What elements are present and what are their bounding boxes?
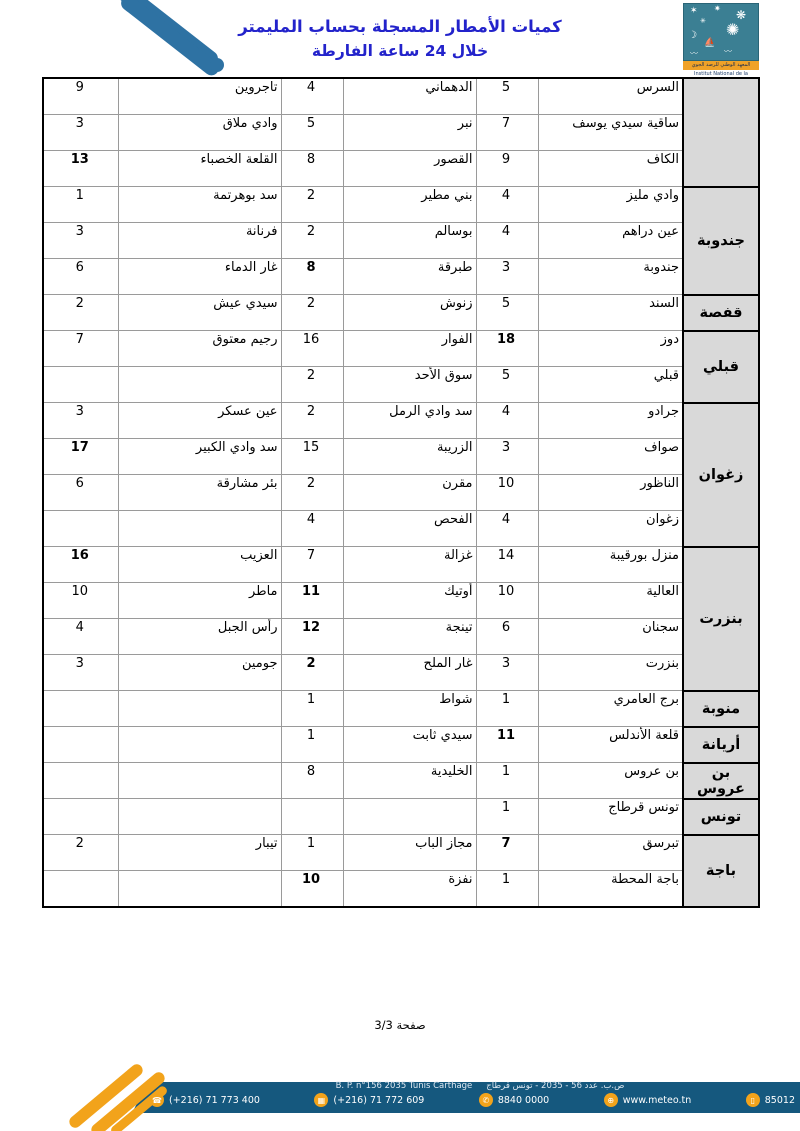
station-name-cell [118, 763, 281, 799]
contact-text: 85012 [765, 1095, 795, 1106]
rain-value-cell [43, 367, 118, 403]
table-row: أريانةقلعة الأندلس11سيدي ثابت1 [43, 727, 759, 763]
station-name-cell [118, 511, 281, 547]
table-row: الناظور10مقرن2بئر مشارقة6 [43, 475, 759, 511]
rain-value-cell: 8 [281, 763, 343, 799]
inm-logo-arabic-caption: المعهد الوطني للرصد الجوي [683, 61, 759, 70]
rain-value-cell [281, 799, 343, 835]
rain-value-cell: 2 [281, 403, 343, 439]
rain-value-cell: 6 [43, 475, 118, 511]
station-name-cell: غار الملح [343, 655, 476, 691]
rain-value-cell: 5 [476, 295, 538, 331]
rain-value-cell: 4 [476, 223, 538, 259]
station-name-cell: بنزرت [538, 655, 683, 691]
station-name-cell: غار الدماء [118, 259, 281, 295]
station-name-cell: قلعة الأندلس [538, 727, 683, 763]
station-name-cell: بني مطير [343, 187, 476, 223]
station-name-cell: تيبار [118, 835, 281, 871]
footer-address-fr: B. P. n°156 2035 Tunis Carthage [336, 1081, 473, 1092]
station-name-cell [118, 691, 281, 727]
station-name-cell: بوسالم [343, 223, 476, 259]
table-row: تونستونس قرطاج1 [43, 799, 759, 835]
rain-value-cell: 2 [281, 187, 343, 223]
station-name-cell: سيدي عيش [118, 295, 281, 331]
station-name-cell: سد وادي الكبير [118, 439, 281, 475]
station-name-cell: الكاف [538, 151, 683, 187]
station-name-cell: زنوش [343, 295, 476, 331]
table-row: العالية10أوتيك11ماطر10 [43, 583, 759, 619]
rain-value-cell: 1 [281, 835, 343, 871]
rain-value-cell [43, 871, 118, 908]
rain-value-cell: 1 [476, 871, 538, 908]
table-row: باجة المحطة1نفزة10 [43, 871, 759, 908]
table-row: بنزرت3غار الملح2جومين3 [43, 655, 759, 691]
rain-value-cell: 4 [281, 78, 343, 115]
table-row: بنزرتمنزل بورقيبة14غزالة7العزيب16 [43, 547, 759, 583]
table-row: جندوبة3طبرقة8غار الدماء6 [43, 259, 759, 295]
table-row: الكاف9القصور8القلعة الخصباء13 [43, 151, 759, 187]
station-name-cell: عين دراهم [538, 223, 683, 259]
table-row: زغوانجرادو4سد وادي الرمل2عين عسكر3 [43, 403, 759, 439]
rain-value-cell: 13 [43, 151, 118, 187]
station-name-cell: فرنانة [118, 223, 281, 259]
title-line-2: خلال 24 ساعة الفارطة [230, 40, 570, 62]
station-name-cell: مقرن [343, 475, 476, 511]
rain-value-cell: 1 [476, 691, 538, 727]
rain-value-cell: 18 [476, 331, 538, 367]
station-name-cell: مجاز الباب [343, 835, 476, 871]
rain-value-cell: 3 [476, 439, 538, 475]
rain-value-cell [43, 691, 118, 727]
station-name-cell: تونس قرطاج [538, 799, 683, 835]
station-name-cell: صواف [538, 439, 683, 475]
rain-value-cell: 3 [43, 223, 118, 259]
rain-value-cell: 2 [43, 295, 118, 331]
station-name-cell [343, 799, 476, 835]
rain-value-cell: 7 [281, 547, 343, 583]
station-name-cell: القصور [343, 151, 476, 187]
rain-value-cell: 3 [43, 115, 118, 151]
region-cell: تونس [683, 799, 759, 835]
station-name-cell: طبرقة [343, 259, 476, 295]
station-name-cell: نفزة [343, 871, 476, 908]
region-cell: قبلي [683, 331, 759, 403]
rain-value-cell: 1 [281, 691, 343, 727]
station-name-cell: برج العامري [538, 691, 683, 727]
station-name-cell: العالية [538, 583, 683, 619]
region-cell: بنزرت [683, 547, 759, 691]
station-name-cell: بن عروس [538, 763, 683, 799]
station-name-cell: سجنان [538, 619, 683, 655]
rain-value-cell: 5 [281, 115, 343, 151]
rain-value-cell: 7 [43, 331, 118, 367]
rain-value-cell: 3 [43, 403, 118, 439]
region-cell: زغوان [683, 403, 759, 547]
station-name-cell: شواط [343, 691, 476, 727]
rain-value-cell: 2 [281, 295, 343, 331]
rain-value-cell: 9 [43, 78, 118, 115]
footer-contacts: ☎(+216) 71 773 400▦(+216) 71 772 609✆884… [150, 1093, 795, 1107]
table-row: جندوبةوادي مليز4بني مطير2سد بوهرتمة1 [43, 187, 759, 223]
rain-value-cell: 3 [476, 259, 538, 295]
region-cell: بن عروس [683, 763, 759, 799]
station-name-cell: وادي مليز [538, 187, 683, 223]
station-name-cell: جرادو [538, 403, 683, 439]
station-name-cell: الفوار [343, 331, 476, 367]
station-name-cell: العزيب [118, 547, 281, 583]
rain-value-cell: 14 [476, 547, 538, 583]
table-row: باجةتبرسق7مجاز الباب1تيبار2 [43, 835, 759, 871]
rain-value-cell: 1 [281, 727, 343, 763]
rain-value-cell: 10 [476, 475, 538, 511]
station-name-cell: جومين [118, 655, 281, 691]
station-name-cell: باجة المحطة [538, 871, 683, 908]
station-name-cell: الفحص [343, 511, 476, 547]
station-name-cell: السرس [538, 78, 683, 115]
rain-value-cell: 16 [43, 547, 118, 583]
contact-text: 8840 0000 [498, 1095, 549, 1106]
table-row: السرس5الدهماني4تاجروين9 [43, 78, 759, 115]
contact-item: ▯85012 [746, 1093, 795, 1107]
table-row: قبلي5سوق الأحد2 [43, 367, 759, 403]
rain-value-cell: 8 [281, 259, 343, 295]
table-row: قفصةالسند5زنوش2سيدي عيش2 [43, 295, 759, 331]
page-title: كميات الأمطار المسجلة بحساب المليمتر خلا… [230, 14, 570, 62]
rain-value-cell: 2 [281, 223, 343, 259]
globe-icon: ⊕ [604, 1093, 618, 1107]
contact-text: (+216) 71 772 609 [333, 1095, 424, 1106]
rain-value-cell: 4 [281, 511, 343, 547]
rain-value-cell: 15 [281, 439, 343, 475]
region-cell [683, 78, 759, 187]
station-name-cell: دوز [538, 331, 683, 367]
rain-value-cell: 3 [476, 655, 538, 691]
rain-value-cell: 9 [476, 151, 538, 187]
rain-value-cell: 4 [476, 187, 538, 223]
station-name-cell [118, 727, 281, 763]
station-name-cell: سيدي ثابت [343, 727, 476, 763]
contact-text: (+216) 71 773 400 [169, 1095, 260, 1106]
rain-value-cell: 7 [476, 115, 538, 151]
station-name-cell: قبلي [538, 367, 683, 403]
rain-value-cell: 8 [281, 151, 343, 187]
station-name-cell: نبر [343, 115, 476, 151]
rain-value-cell [43, 763, 118, 799]
rain-value-cell: 17 [43, 439, 118, 475]
rain-value-cell [43, 511, 118, 547]
station-name-cell: وادي ملاق [118, 115, 281, 151]
table-row: قبليدوز18الفوار16رجيم معتوق7 [43, 331, 759, 367]
rain-value-cell: 12 [281, 619, 343, 655]
station-name-cell: الخليدية [343, 763, 476, 799]
inm-emblem-icon: ✶ ✷ ❋ ✳ ✺ ☽ ⛵ 〰 〰 [683, 3, 759, 61]
rain-value-cell: 7 [476, 835, 538, 871]
title-line-1: كميات الأمطار المسجلة بحساب المليمتر [230, 14, 570, 40]
station-name-cell: تينجة [343, 619, 476, 655]
rain-value-cell: 3 [43, 655, 118, 691]
station-name-cell: زغوان [538, 511, 683, 547]
station-name-cell: بئر مشارقة [118, 475, 281, 511]
footer-stripes-logo [58, 1052, 188, 1122]
rain-value-cell: 11 [476, 727, 538, 763]
contact-item: ⊕www.meteo.tn [604, 1093, 692, 1107]
stripe-dot [210, 58, 224, 72]
rain-value-cell: 2 [281, 655, 343, 691]
region-cell: أريانة [683, 727, 759, 763]
footer-address: B. P. n°156 2035 Tunis Carthage ص.ب. عدد… [180, 1081, 780, 1092]
rain-value-cell: 11 [281, 583, 343, 619]
page: كميات الأمطار المسجلة بحساب المليمتر خلا… [0, 0, 800, 1131]
table-row: صواف3الزريبة15سد وادي الكبير17 [43, 439, 759, 475]
table-row: ساقية سيدي يوسف7نبر5وادي ملاق3 [43, 115, 759, 151]
contact-text: www.meteo.tn [623, 1095, 692, 1106]
station-name-cell: منزل بورقيبة [538, 547, 683, 583]
station-name-cell: جندوبة [538, 259, 683, 295]
rain-value-cell: 4 [476, 403, 538, 439]
stripe-bar [118, 0, 222, 78]
station-name-cell [118, 367, 281, 403]
footer-address-ar: ص.ب. عدد 56 - 2035 - تونس قرطاج [486, 1081, 624, 1092]
station-name-cell: الناظور [538, 475, 683, 511]
handset-icon: ✆ [479, 1093, 493, 1107]
table-row: زغوان4الفحص4 [43, 511, 759, 547]
rain-value-cell [43, 727, 118, 763]
region-cell: باجة [683, 835, 759, 908]
contact-item: ▦(+216) 71 772 609 [314, 1093, 424, 1107]
station-name-cell: ساقية سيدي يوسف [538, 115, 683, 151]
rain-value-cell: 10 [476, 583, 538, 619]
contact-item: ☎(+216) 71 773 400 [150, 1093, 260, 1107]
station-name-cell: سوق الأحد [343, 367, 476, 403]
inm-logo: ✶ ✷ ❋ ✳ ✺ ☽ ⛵ 〰 〰 المعهد الوطني للرصد ال… [683, 3, 759, 79]
rain-value-cell: 1 [43, 187, 118, 223]
station-name-cell: السند [538, 295, 683, 331]
region-cell: جندوبة [683, 187, 759, 295]
rain-table: السرس5الدهماني4تاجروين9ساقية سيدي يوسف7ن… [42, 77, 760, 908]
station-name-cell: رأس الجبل [118, 619, 281, 655]
station-name-cell: سد وادي الرمل [343, 403, 476, 439]
table-row: منوبةبرج العامري1شواط1 [43, 691, 759, 727]
rain-value-cell: 6 [43, 259, 118, 295]
rain-value-cell: 10 [281, 871, 343, 908]
station-name-cell: عين عسكر [118, 403, 281, 439]
mobile-sms-icon: ▯ [746, 1093, 760, 1107]
page-number: صفحة 3/3 [0, 1018, 800, 1032]
rain-value-cell: 1 [476, 799, 538, 835]
rain-value-cell: 5 [476, 367, 538, 403]
region-cell: منوبة [683, 691, 759, 727]
rain-value-cell: 4 [476, 511, 538, 547]
station-name-cell: القلعة الخصباء [118, 151, 281, 187]
phone-icon: ☎ [150, 1093, 164, 1107]
station-name-cell: تاجروين [118, 78, 281, 115]
station-name-cell: رجيم معتوق [118, 331, 281, 367]
rain-value-cell: 2 [281, 367, 343, 403]
station-name-cell: أوتيك [343, 583, 476, 619]
rain-table-wrapper: السرس5الدهماني4تاجروين9ساقية سيدي يوسف7ن… [42, 77, 760, 908]
station-name-cell: ماطر [118, 583, 281, 619]
rain-value-cell: 1 [476, 763, 538, 799]
fax-icon: ▦ [314, 1093, 328, 1107]
rain-value-cell: 2 [281, 475, 343, 511]
table-row: سجنان6تينجة12رأس الجبل4 [43, 619, 759, 655]
station-name-cell [118, 799, 281, 835]
station-name-cell: الدهماني [343, 78, 476, 115]
contact-item: ✆8840 0000 [479, 1093, 549, 1107]
rain-value-cell: 4 [43, 619, 118, 655]
station-name-cell: الزريبة [343, 439, 476, 475]
station-name-cell: تبرسق [538, 835, 683, 871]
table-row: بن عروسبن عروس1الخليدية8 [43, 763, 759, 799]
table-row: عين دراهم4بوسالم2فرنانة3 [43, 223, 759, 259]
region-cell: قفصة [683, 295, 759, 331]
rain-value-cell: 10 [43, 583, 118, 619]
station-name-cell: سد بوهرتمة [118, 187, 281, 223]
rain-value-cell: 6 [476, 619, 538, 655]
station-name-cell [118, 871, 281, 908]
station-name-cell: غزالة [343, 547, 476, 583]
corner-stripes-logo [40, 0, 260, 85]
rain-value-cell: 5 [476, 78, 538, 115]
rain-value-cell: 16 [281, 331, 343, 367]
rain-value-cell: 2 [43, 835, 118, 871]
rain-value-cell [43, 799, 118, 835]
